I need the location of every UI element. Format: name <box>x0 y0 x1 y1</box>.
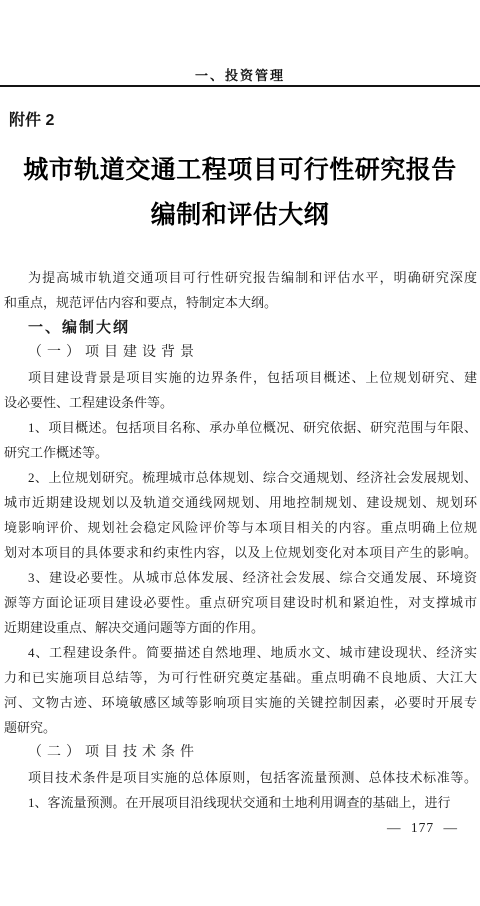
body-line: （一）项目建设背景 <box>4 340 477 365</box>
document-body: 为提高城市轨道交通项目可行性研究报告编制和评估水平，明确研究深度和重点，规范评估… <box>4 265 477 815</box>
body-line: 为提高城市轨道交通项目可行性研究报告编制和评估水平，明确研究深度 <box>4 265 477 290</box>
header-rule <box>0 85 480 87</box>
body-line: 项目技术条件是项目实施的总体原则，包括客流量预测、总体技术标准等。 <box>4 765 477 790</box>
document-page: 一、投资管理 附件 2 城市轨道交通工程项目可行性研究报告 编制和评估大纲 为提… <box>0 0 480 906</box>
body-line: 河、文物古迹、环境敏感区域等影响项目实施的关键控制因素，必要时开展专 <box>4 690 477 715</box>
section-label: 一、投资管理 <box>195 68 285 83</box>
document-title-line1: 城市轨道交通工程项目可行性研究报告 <box>0 148 480 193</box>
body-line: 题研究。 <box>4 715 477 740</box>
body-line: 和重点，规范评估内容和要点，特制定本大纲。 <box>4 290 477 315</box>
attachment-label: 附件 2 <box>9 107 54 130</box>
body-line: 设必要性、工程建设条件等。 <box>4 390 477 415</box>
running-header: 一、投资管理 <box>0 65 480 84</box>
body-line: 一、编制大纲 <box>4 315 477 340</box>
body-line: 1、客流量预测。在开展项目沿线现状交通和土地利用调查的基础上，进行 <box>4 790 477 815</box>
body-line: （二）项目技术条件 <box>4 740 477 765</box>
body-line: 1、项目概述。包括项目名称、承办单位概况、研究依据、研究范围与年限、 <box>4 415 477 440</box>
page-number: — 177 — <box>387 820 458 836</box>
body-line: 源等方面论证项目建设必要性。重点研究项目建设时机和紧迫性，对支撑城市 <box>4 590 477 615</box>
body-line: 划对本项目的具体要求和约束性内容，以及上位规划变化对本项目产生的影响。 <box>4 540 477 565</box>
body-line: 3、建设必要性。从城市总体发展、经济社会发展、综合交通发展、环境资 <box>4 565 477 590</box>
body-line: 近期建设重点、解决交通问题等方面的作用。 <box>4 615 477 640</box>
body-line: 力和已实施项目总结等，为可行性研究奠定基础。重点明确不良地质、大江大 <box>4 665 477 690</box>
document-title: 城市轨道交通工程项目可行性研究报告 编制和评估大纲 <box>0 148 480 238</box>
body-line: 2、上位规划研究。梳理城市总体规划、综合交通规划、经济社会发展规划、 <box>4 465 477 490</box>
body-line: 项目建设背景是项目实施的边界条件，包括项目概述、上位规划研究、建 <box>4 365 477 390</box>
body-line: 境影响评价、规划社会稳定风险评价等与本项目相关的内容。重点明确上位规 <box>4 515 477 540</box>
body-line: 研究工作概述等。 <box>4 440 477 465</box>
body-line: 4、工程建设条件。简要描述自然地理、地质水文、城市建设现状、经济实 <box>4 640 477 665</box>
body-line: 城市近期建设规划以及轨道交通线网规划、用地控制规划、建设规划、规划环 <box>4 490 477 515</box>
document-title-line2: 编制和评估大纲 <box>0 193 480 238</box>
